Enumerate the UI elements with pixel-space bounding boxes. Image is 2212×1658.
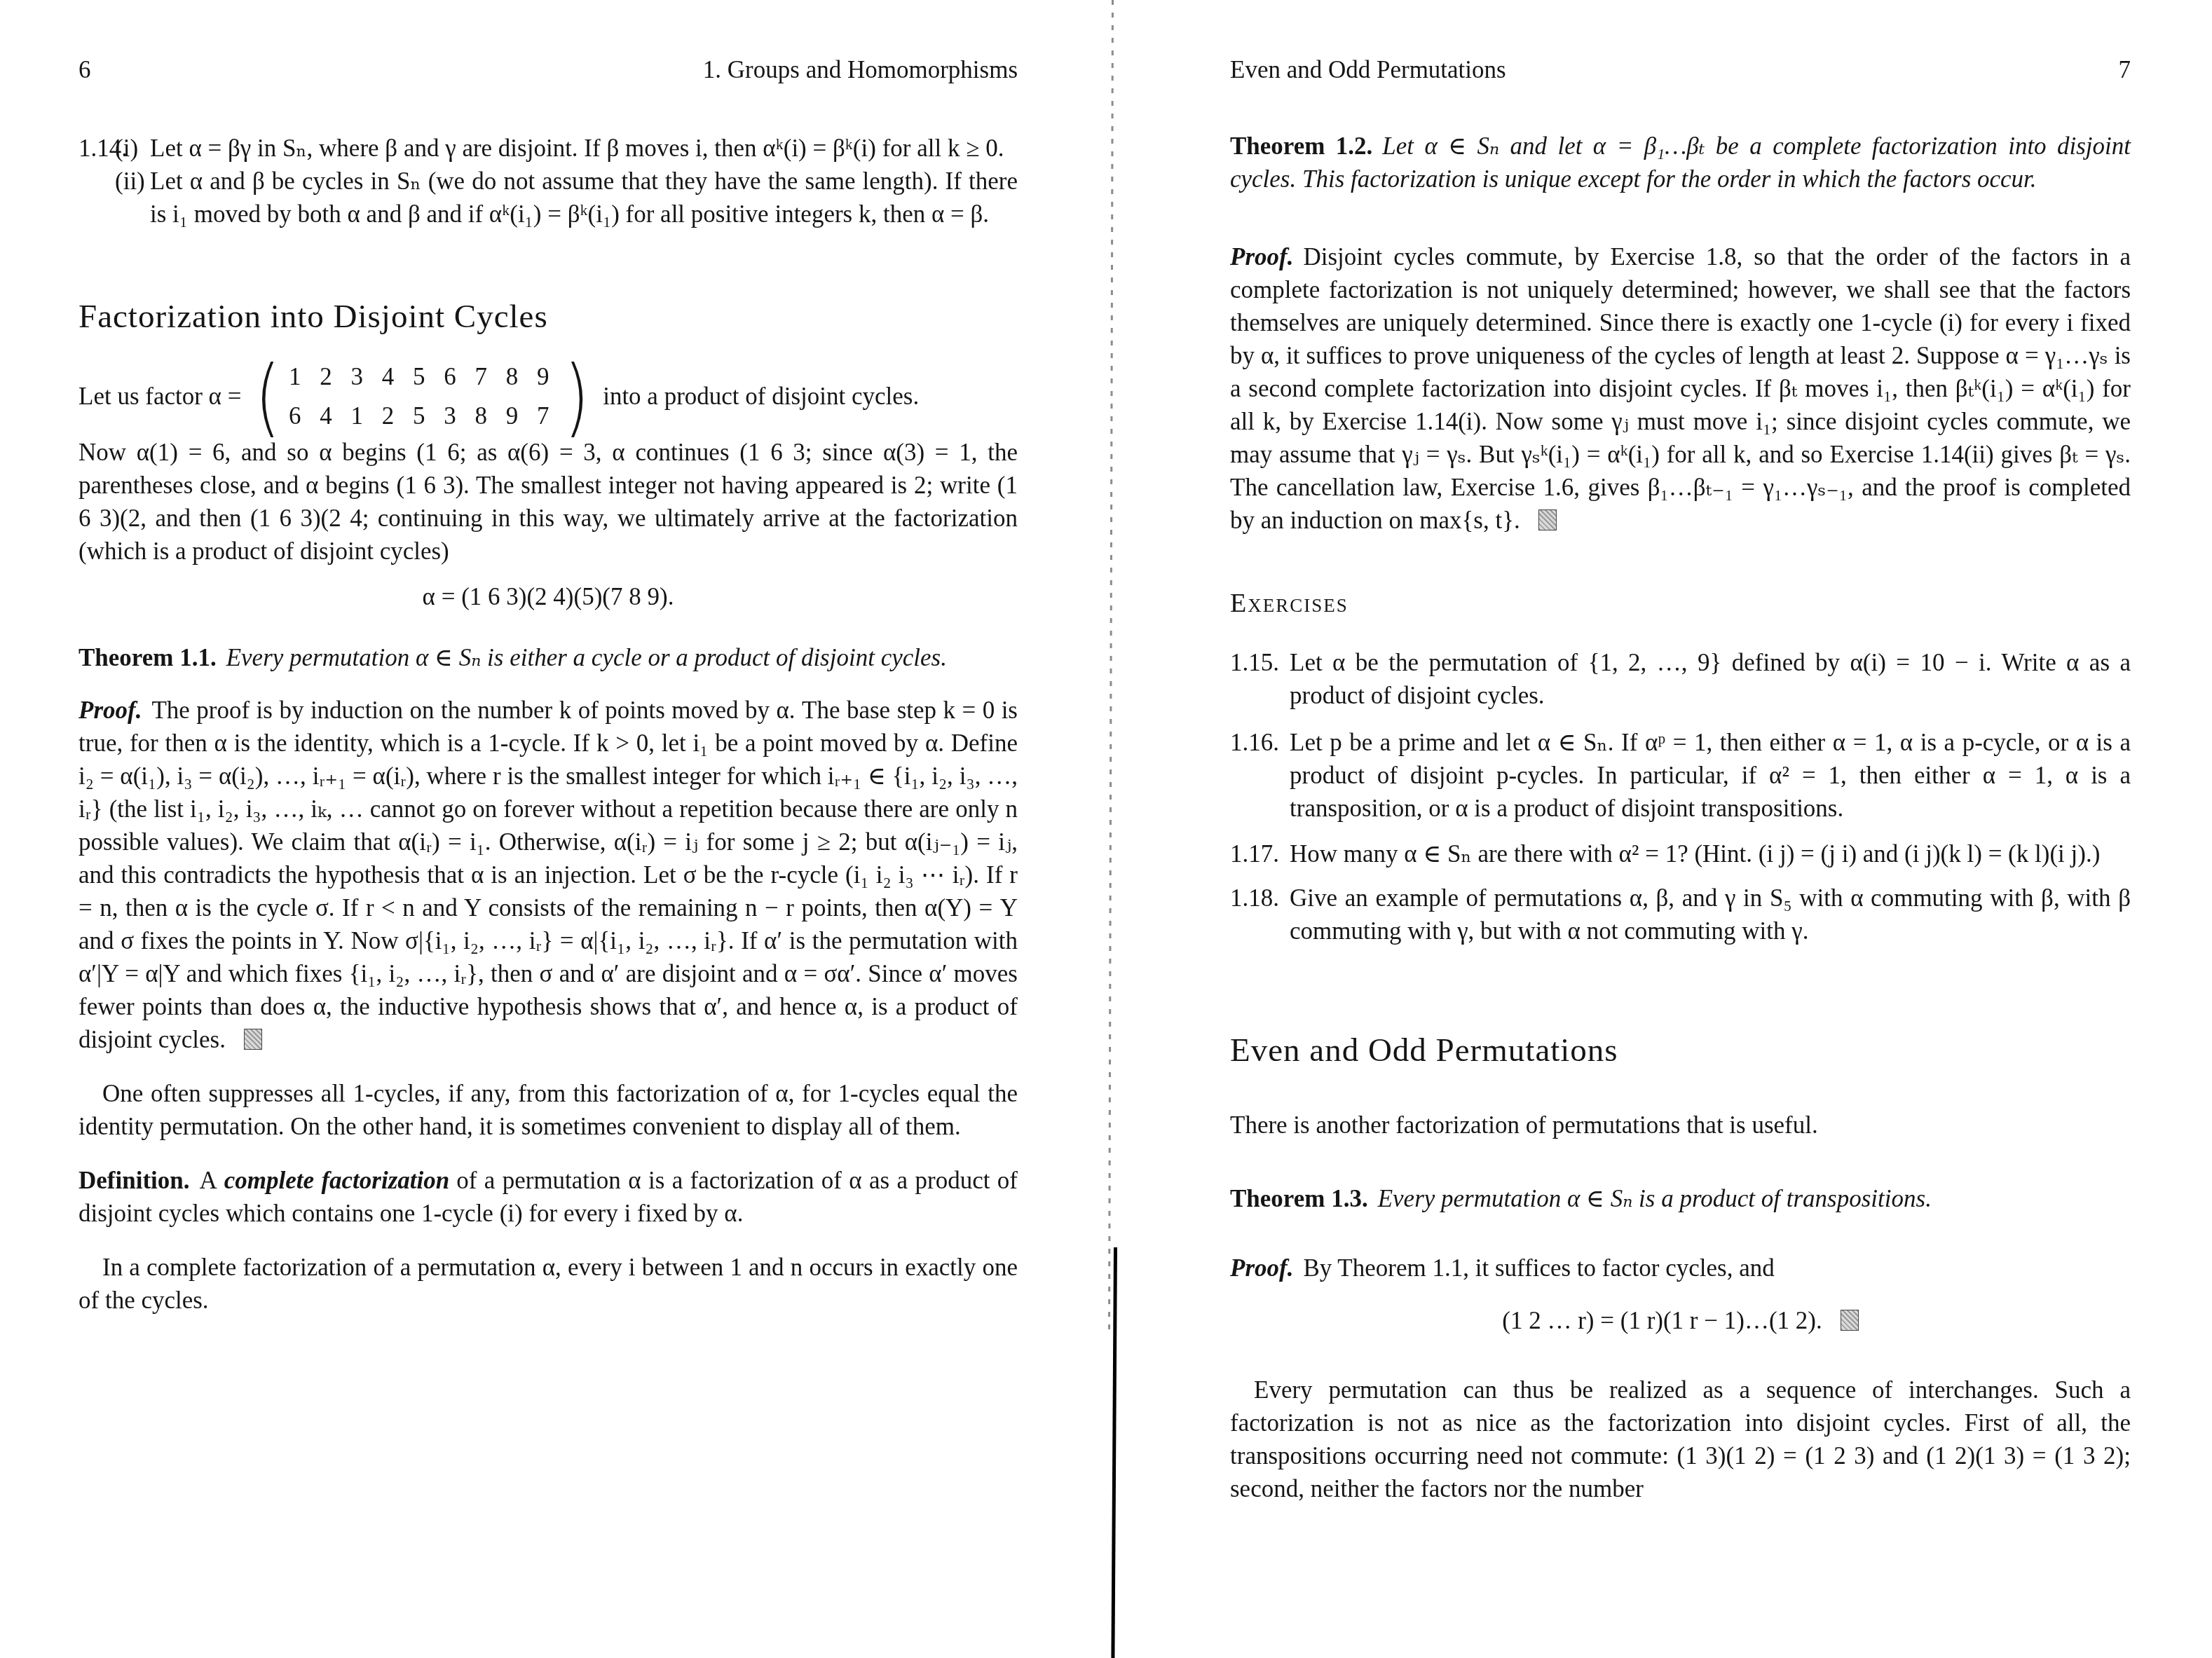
matrix-row-top: 1 2 3 4 5 6 7 8 9 [289, 357, 556, 397]
running-head-title-right: Even and Odd Permutations [1230, 53, 1506, 86]
exercise-text: Let α be the permutation of {1, 2, …, 9}… [1290, 646, 2131, 712]
right-paren: ) [564, 358, 589, 435]
running-head-right: Even and Odd Permutations 7 [1230, 53, 2131, 86]
exercise-number: 1.17. [1230, 837, 1290, 870]
left-paren: ( [255, 358, 280, 435]
exercise-text: How many α ∈ Sₙ are there with α² = 1? (… [1290, 837, 2131, 870]
book-scan: 6 1. Groups and Homomorphisms 1.14. (i) … [0, 0, 2212, 1658]
theorem-label: Theorem 1.3. [1230, 1185, 1368, 1212]
proof-label: Proof. [1230, 1254, 1293, 1282]
proof-1-1: Proof.The proof is by induction on the n… [78, 694, 1018, 1056]
matrix-row-bottom: 6 4 1 2 5 3 8 9 7 [289, 397, 556, 436]
exercise-number: 1.14. [78, 132, 115, 231]
permutation-matrix: ( 1 2 3 4 5 6 7 8 9 6 4 1 2 5 3 8 9 7 ) [251, 357, 593, 436]
proof-1-2: Proof.Disjoint cycles commute, by Exerci… [1230, 240, 2131, 537]
theorem-label: Theorem 1.1. [78, 644, 217, 671]
qed-icon [1841, 1310, 1859, 1331]
exercise-number: 1.16. [1230, 726, 1290, 825]
theorem-1-3: Theorem 1.3.Every permutation α ∈ Sₙ is … [1230, 1182, 2131, 1215]
definition-complete-factorization: Definition.Acomplete factorizationof a p… [78, 1164, 1018, 1230]
exercises-heading: Exercises [1230, 587, 2131, 619]
exercise-text: Let p be a prime and let α ∈ Sₙ. If αᵖ =… [1290, 726, 2131, 825]
closing-paragraph: Every permutation can thus be realized a… [1230, 1373, 2131, 1505]
exercise-1-14: 1.14. (i) Let α = βγ in Sₙ, where β and … [78, 132, 1018, 231]
paragraph-complete-factorization: In a complete factorization of a permuta… [78, 1251, 1018, 1317]
exercise-part-i: (i) Let α = βγ in Sₙ, where β and γ are … [115, 132, 1018, 165]
section-heading-even-odd: Even and Odd Permutations [1230, 1032, 2131, 1070]
theorem-1-1: Theorem 1.1.Every permutation α ∈ Sₙ is … [78, 641, 1018, 674]
theorem-label: Theorem 1.2. [1230, 132, 1372, 160]
proof-text: By Theorem 1.1, it suffices to factor cy… [1303, 1254, 1774, 1282]
part-text: Let α = βγ in Sₙ, where β and γ are disj… [150, 132, 1018, 165]
section-intro: There is another factorization of permut… [1230, 1109, 2131, 1142]
left-page: 6 1. Groups and Homomorphisms 1.14. (i) … [0, 0, 1106, 1658]
part-text: Let α and β be cycles in Sₙ (we do not a… [150, 165, 1018, 231]
qed-icon [1538, 509, 1557, 530]
exercise-1-16: 1.16. Let p be a prime and let α ∈ Sₙ. I… [1230, 726, 2131, 825]
paragraph-suppress-1-cycles: One often suppresses all 1-cycles, if an… [78, 1077, 1018, 1143]
equation-text: (1 2 … r) = (1 r)(1 r − 1)…(1 2). [1502, 1307, 1822, 1334]
matrix-rows: 1 2 3 4 5 6 7 8 9 6 4 1 2 5 3 8 9 7 [285, 357, 560, 436]
exercise-text: Give an example of permutations α, β, an… [1290, 882, 2131, 947]
proof-label: Proof. [78, 697, 142, 724]
exercise-number: 1.18. [1230, 882, 1290, 947]
transposition-equation: (1 2 … r) = (1 r)(1 r − 1)…(1 2). [1230, 1304, 2131, 1337]
factor-matrix-line: Let us factor α = ( 1 2 3 4 5 6 7 8 9 6 … [78, 357, 1018, 436]
page-number-right: 7 [2119, 53, 2131, 86]
qed-icon [244, 1029, 262, 1050]
definition-rest: of a permutation α is a factorization of… [78, 1167, 1018, 1227]
factorization-paragraph: Let us factor α = ( 1 2 3 4 5 6 7 8 9 6 … [78, 357, 1018, 568]
definition-term: complete factorization [224, 1167, 449, 1194]
definition-lead: A [199, 1167, 217, 1194]
exercise-number: 1.15. [1230, 646, 1290, 712]
exercise-parts: (i) Let α = βγ in Sₙ, where β and γ are … [115, 132, 1018, 231]
exercise-1-17: 1.17. How many α ∈ Sₙ are there with α² … [1230, 837, 2131, 870]
section-heading-factorization: Factorization into Disjoint Cycles [78, 298, 1018, 336]
part-label: (ii) [115, 165, 150, 231]
factor-prefix: Let us factor α = [78, 383, 241, 411]
proof-1-3: Proof.By Theorem 1.1, it suffices to fac… [1230, 1252, 2131, 1284]
factor-suffix: into a product of disjoint cycles. [603, 383, 919, 411]
exercise-1-18: 1.18. Give an example of permutations α,… [1230, 882, 2131, 947]
theorem-statement: Every permutation α ∈ Sₙ is either a cyc… [226, 644, 947, 671]
running-head-left: 6 1. Groups and Homomorphisms [78, 53, 1018, 86]
exercise-part-ii: (ii) Let α and β be cycles in Sₙ (we do … [115, 165, 1018, 231]
exercise-1-15: 1.15. Let α be the permutation of {1, 2,… [1230, 646, 2131, 712]
factorization-equation: α = (1 6 3)(2 4)(5)(7 8 9). [78, 580, 1018, 613]
right-page: Even and Odd Permutations 7 Theorem 1.2.… [1106, 0, 2212, 1658]
proof-text: Disjoint cycles commute, by Exercise 1.8… [1230, 243, 2131, 534]
part-label: (i) [115, 132, 150, 165]
definition-label: Definition. [78, 1167, 189, 1194]
theorem-statement: Every permutation α ∈ Sₙ is a product of… [1378, 1185, 1932, 1212]
running-head-title-left: 1. Groups and Homomorphisms [703, 53, 1018, 86]
theorem-1-2: Theorem 1.2.Let α ∈ Sₙ and let α = β₁…βₜ… [1230, 130, 2131, 196]
proof-label: Proof. [1230, 243, 1293, 270]
factor-body: Now α(1) = 6, and so α begins (1 6; as α… [78, 436, 1018, 568]
page-number-left: 6 [78, 53, 91, 86]
proof-text: The proof is by induction on the number … [78, 697, 1018, 1053]
